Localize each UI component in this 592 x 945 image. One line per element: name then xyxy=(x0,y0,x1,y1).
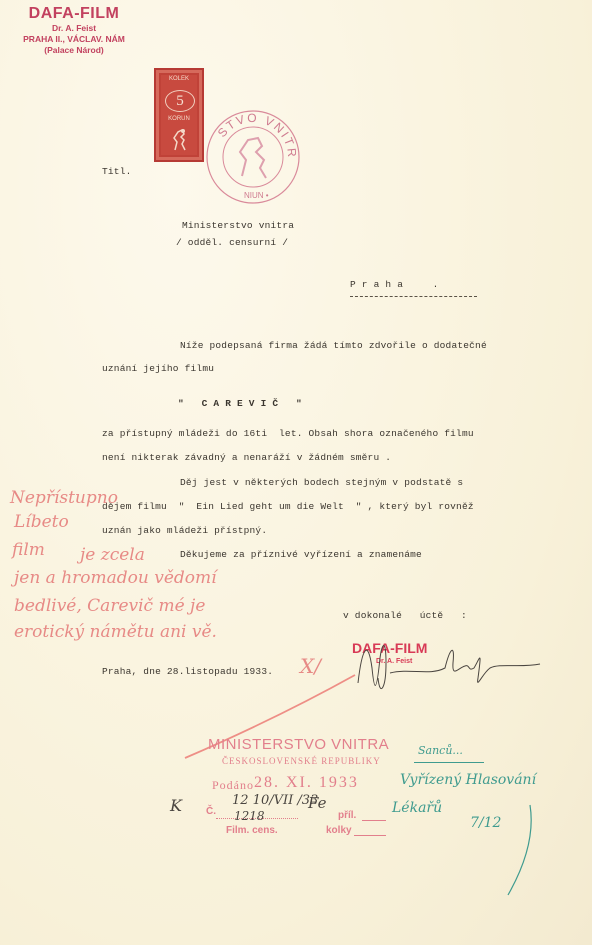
film-title: " C A R E V I Č " xyxy=(178,398,302,409)
company-name: DAFA-FILM xyxy=(4,5,144,23)
stamp-value: 5 xyxy=(165,90,195,112)
company-building: (Palace Národ) xyxy=(4,45,144,56)
ministry-round-seal: STVO VNITRA NIUN • xyxy=(204,108,302,206)
body-para2-line1: za přístupný mládeži do 16ti let. Obsah … xyxy=(102,428,474,439)
receipt-initials: Fe xyxy=(308,794,326,812)
body-para3-line2: dějem filmu " Ein Lied geht um die Welt … xyxy=(102,501,474,512)
receipt-stamp-subtitle: ČESKOSLOVENSKÉ REPUBLIKY xyxy=(222,756,381,766)
company-address: PRAHA II., VÁCLAV. NÁM xyxy=(4,34,144,45)
body-para1-line2: uznání jejího filmu xyxy=(102,363,214,374)
receipt-prefix-handwritten: K xyxy=(170,796,182,815)
green-note-line-3: Lékařů xyxy=(392,800,442,816)
green-note-line-4: 7/12 xyxy=(470,815,501,831)
receipt-attachments-line xyxy=(362,820,386,821)
closing: v dokonalé úctě : xyxy=(343,610,467,621)
body-para3-line1: Děj jest v některých bodech stejným v po… xyxy=(180,477,463,488)
green-note-line-2: Vyřízený Hlasování xyxy=(400,772,536,788)
receipt-stamps-line xyxy=(354,835,386,836)
body-para3-line3: uznán jako mládeži přístpný. xyxy=(102,525,267,536)
body-para4: Děkujeme za příznivé vyřízení a znamenám… xyxy=(180,549,422,560)
red-note-line-5: jen a hromadou vědomí xyxy=(14,568,217,588)
city-heading-underline xyxy=(350,296,477,297)
receipt-department-label: Film. cens. xyxy=(226,825,278,836)
revenue-stamp: KOLEK 5 KORUN xyxy=(154,68,204,162)
receipt-number-value: 12 10/VII /33 xyxy=(232,793,318,808)
green-note-line-1: Sanců... xyxy=(418,744,463,757)
red-note-line-2: Líbeto xyxy=(14,512,69,532)
stamp-top-label: KOLEK xyxy=(156,76,202,82)
red-note-line-6: bedlivé, Carevič mé je xyxy=(14,596,205,616)
receipt-stamp-title: MINISTERSTVO VNITRA xyxy=(208,736,389,753)
receipt-stamps-label: kolky xyxy=(326,825,352,836)
red-note-line-3: film xyxy=(12,540,45,560)
red-note-line-7: erotický námětu ani vě. xyxy=(14,622,217,642)
stamp-bottom-label: KORUN xyxy=(156,116,202,122)
green-note-underline xyxy=(414,762,484,763)
lion-emblem-icon xyxy=(169,126,191,152)
recipient-line-1: Ministerstvo vnitra xyxy=(182,220,294,231)
svg-text:NIUN •: NIUN • xyxy=(244,191,269,200)
recipient-line-2: / odděl. censurní / xyxy=(176,237,288,248)
red-note-line-1: Nepřístupno xyxy=(10,488,118,508)
green-note-stroke xyxy=(500,800,540,900)
receipt-number-value-2: 1218 xyxy=(234,809,265,823)
salutation: Titl. xyxy=(102,166,132,177)
body-para2-line2: není nikterak závadný a nenaráží v žádné… xyxy=(102,452,391,463)
letterhead-stamp: DAFA-FILM Dr. A. Feist PRAHA II., VÁCLAV… xyxy=(4,5,144,56)
red-note-line-4: je zcela xyxy=(80,545,145,565)
handwritten-signature xyxy=(350,628,550,708)
body-para1-line1: Níže podepsaná firma žádá tímto zdvořile… xyxy=(180,340,487,351)
svg-text:STVO VNITRA: STVO VNITRA xyxy=(204,108,299,159)
receipt-number-label: Č. xyxy=(206,806,216,817)
receipt-received-label: Podáno xyxy=(212,778,254,793)
receipt-attachments-label: příl. xyxy=(338,810,356,821)
company-owner: Dr. A. Feist xyxy=(4,23,144,34)
city-heading: P r a h a . xyxy=(350,279,439,290)
receipt-received-date: 28. XI. 1933 xyxy=(254,774,359,792)
